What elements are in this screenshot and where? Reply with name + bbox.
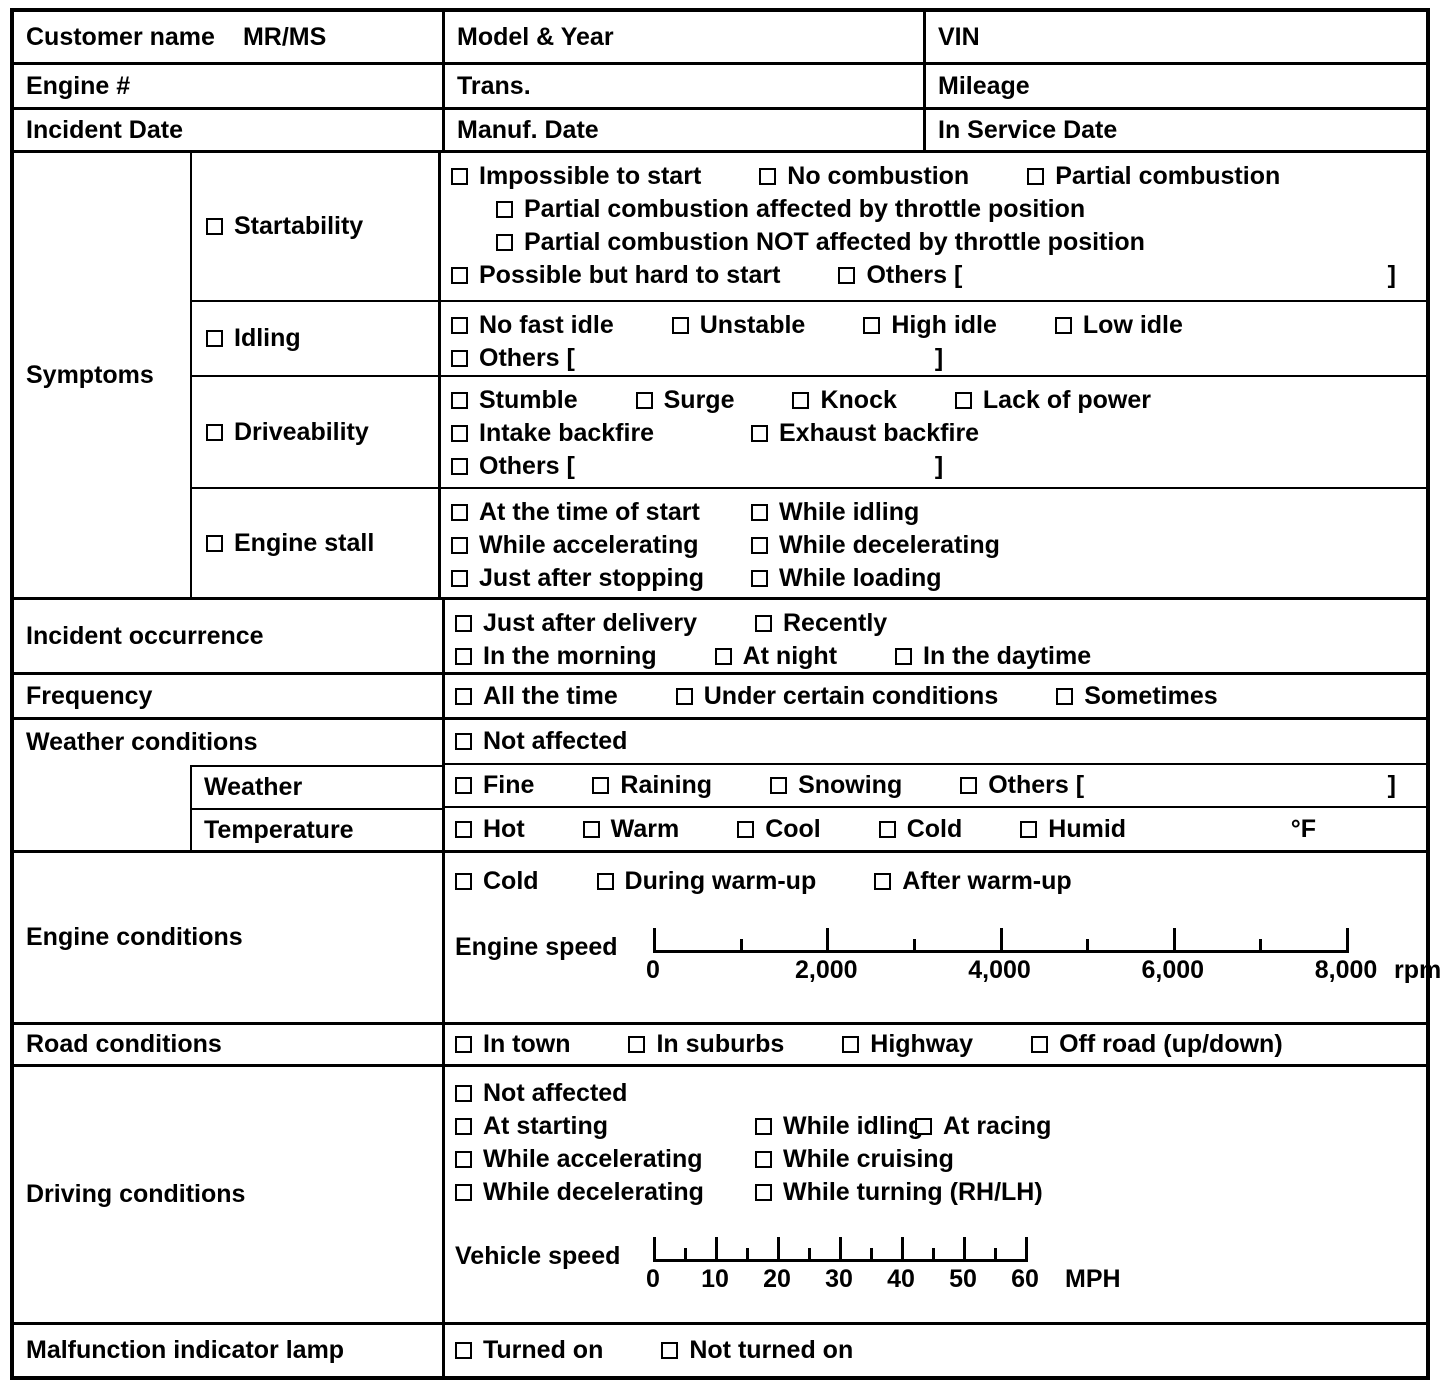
checkbox-option[interactable]: Under certain conditions (676, 682, 998, 711)
driveability-category: Driveability (192, 377, 441, 487)
checkbox-icon[interactable] (455, 733, 472, 750)
checkbox-option[interactable]: Others [ (451, 344, 575, 373)
checkbox-icon[interactable] (451, 392, 468, 409)
checkbox-icon[interactable] (451, 570, 468, 587)
option-line: While decelerating While turning (RH/LH) (455, 1176, 1426, 1209)
customer-name-label: Customer name (26, 23, 215, 52)
option-label: Turned on (483, 1336, 603, 1365)
field-manuf-date[interactable]: Manuf. Date (445, 110, 926, 150)
option-label: Stumble (479, 386, 578, 415)
checkbox-icon[interactable] (451, 317, 468, 334)
incident-occurrence-label-cell: Incident occurrence (14, 600, 445, 672)
checkbox-icon[interactable] (1055, 317, 1072, 334)
axis-tick (826, 928, 829, 953)
engine-conditions-options: Cold During warm-up After warm-up Engine… (445, 853, 1426, 1022)
driveability-checkbox-option[interactable]: Driveability (206, 418, 369, 447)
option-line: In town In suburbs Highway Off road (up/… (455, 1028, 1283, 1061)
field-vin[interactable]: VIN (926, 12, 1426, 62)
field-trans[interactable]: Trans. (445, 65, 926, 107)
option-line: Possible but hard to start Others [ ] (451, 259, 1426, 292)
checkbox-option[interactable]: Unstable (672, 311, 806, 340)
checkbox-option[interactable]: While accelerating (451, 531, 751, 560)
engine-stall-row: Engine stall At the time of start While … (192, 487, 1426, 597)
weather-not-affected-row: Not affected (445, 720, 1426, 765)
fahrenheit-unit: °F (1291, 815, 1316, 844)
checkbox-option[interactable]: At racing (915, 1112, 1051, 1141)
checkbox-option[interactable]: Just after delivery (455, 609, 755, 638)
option-label: Highway (870, 1030, 973, 1059)
header-row-1: Customer name MR/MS Model & Year VIN (14, 12, 1426, 62)
checkbox-icon[interactable] (960, 777, 977, 794)
engine-stall-category: Engine stall (192, 489, 441, 597)
option-label: During warm-up (625, 867, 817, 896)
axis-tick-label: 20 (763, 1265, 791, 1294)
checkbox-option[interactable]: Partial combustion NOT affected by throt… (496, 228, 1145, 257)
checkbox-icon[interactable] (206, 218, 223, 235)
checkbox-icon[interactable] (451, 537, 468, 554)
option-label: Humid (1048, 815, 1126, 844)
checkbox-icon[interactable] (455, 821, 472, 838)
checkbox-icon[interactable] (455, 615, 472, 632)
axis-tick-label: 50 (949, 1265, 977, 1294)
axis-tick (901, 1237, 904, 1262)
checkbox-option[interactable]: Impossible to start (451, 162, 701, 191)
checkbox-option[interactable]: At the time of start (451, 498, 751, 527)
option-label: While decelerating (483, 1178, 704, 1207)
option-label: While decelerating (779, 531, 1000, 560)
axis-tick (913, 939, 916, 953)
startability-row: Startability Impossible to start No comb… (192, 153, 1426, 300)
axis-tick-label: 0 (646, 1265, 660, 1294)
driving-conditions-label: Driving conditions (26, 1180, 245, 1209)
checkbox-icon[interactable] (1020, 821, 1037, 838)
option-line: At the time of start While idling (451, 496, 1426, 529)
axis-tick (839, 1237, 842, 1262)
axis-tick (932, 1248, 935, 1262)
malfunction-lamp-label-cell: Malfunction indicator lamp (14, 1325, 445, 1376)
engine-speed-row: Engine speed 0 2,000 4,000 6,000 (455, 920, 1426, 990)
checkbox-icon[interactable] (842, 1036, 859, 1053)
engine-number-label: Engine # (26, 72, 130, 101)
checkbox-option[interactable]: Others [ (451, 452, 575, 481)
checkbox-option[interactable]: In the daytime (895, 642, 1091, 671)
malfunction-lamp-section: Malfunction indicator lamp Turned on Not… (14, 1322, 1426, 1376)
road-conditions-options: In town In suburbs Highway Off road (up/… (445, 1025, 1426, 1064)
checkbox-icon[interactable] (628, 1036, 645, 1053)
checkbox-icon[interactable] (206, 424, 223, 441)
checkbox-option[interactable]: Partial combustion affected by throttle … (496, 195, 1085, 224)
option-label: Under certain conditions (704, 682, 998, 711)
checkbox-icon[interactable] (672, 317, 689, 334)
option-label: While cruising (783, 1145, 954, 1174)
checkbox-icon[interactable] (583, 821, 600, 838)
checkbox-icon[interactable] (1056, 688, 1073, 705)
checkbox-option[interactable]: While decelerating (455, 1178, 755, 1207)
checkbox-option[interactable]: Not turned on (661, 1336, 853, 1365)
engine-stall-checkbox-option[interactable]: Engine stall (206, 529, 374, 558)
others-close-bracket: ] (935, 344, 943, 373)
checkbox-icon[interactable] (915, 1118, 932, 1135)
checkbox-option[interactable]: During warm-up (597, 867, 817, 896)
vin-label: VIN (938, 23, 980, 52)
checkbox-icon[interactable] (451, 267, 468, 284)
checkbox-option[interactable]: At starting (455, 1112, 755, 1141)
checkbox-icon[interactable] (451, 458, 468, 475)
option-line: Just after stopping While loading (451, 562, 1426, 595)
driving-conditions-section: Driving conditions Not affected At start… (14, 1064, 1426, 1322)
checkbox-icon[interactable] (636, 392, 653, 409)
checkbox-icon[interactable] (751, 504, 768, 521)
checkbox-icon[interactable] (755, 1184, 772, 1201)
option-line: Not affected (455, 1077, 1426, 1110)
checkbox-option[interactable]: Others [ (960, 771, 1084, 800)
startability-options: Impossible to start No combustion Partia… (441, 153, 1426, 300)
header-row-2: Engine # Trans. Mileage (14, 62, 1426, 107)
checkbox-option[interactable]: High idle (863, 311, 997, 340)
option-label: Partial combustion affected by throttle … (524, 195, 1085, 224)
checkbox-option[interactable]: Not affected (455, 727, 627, 756)
option-label: Intake backfire (479, 419, 654, 448)
checkbox-option[interactable]: Cool (737, 815, 821, 844)
axis-tick (715, 1237, 718, 1262)
checkbox-icon[interactable] (455, 1118, 472, 1135)
checkbox-icon[interactable] (451, 168, 468, 185)
option-label: Partial combustion NOT affected by throt… (524, 228, 1145, 257)
trans-label: Trans. (457, 72, 531, 101)
option-label: After warm-up (902, 867, 1071, 896)
axis-tick (740, 939, 743, 953)
axis-tick (1346, 928, 1349, 953)
option-label: All the time (483, 682, 618, 711)
mileage-label: Mileage (938, 72, 1030, 101)
checkbox-option[interactable]: While cruising (755, 1145, 954, 1174)
startability-category: Startability (192, 153, 441, 300)
checkbox-option[interactable]: Stumble (451, 386, 578, 415)
option-line: At starting While idling At racing (455, 1110, 1426, 1143)
axis-tick (1173, 928, 1176, 953)
checkbox-icon[interactable] (755, 1118, 772, 1135)
mr-ms-label: MR/MS (243, 23, 326, 52)
checkbox-icon[interactable] (863, 317, 880, 334)
option-label: Knock (820, 386, 896, 415)
field-customer-name[interactable]: Customer name MR/MS (14, 12, 445, 62)
checkbox-icon[interactable] (597, 873, 614, 890)
axis-tick-label: 60 (1011, 1265, 1039, 1294)
axis-tick (1086, 939, 1089, 953)
others-close-bracket: ] (1388, 261, 1396, 290)
checkbox-option[interactable]: No fast idle (451, 311, 614, 340)
malfunction-lamp-options: Turned on Not turned on (445, 1325, 1426, 1376)
mph-unit-label: MPH (1065, 1265, 1121, 1294)
option-line: Partial combustion NOT affected by throt… (451, 226, 1426, 259)
axis-tick (994, 1248, 997, 1262)
checkbox-option[interactable]: While turning (RH/LH) (755, 1178, 1043, 1207)
option-label: Others [ (866, 261, 962, 290)
option-label: In suburbs (656, 1030, 784, 1059)
checkbox-option[interactable]: While loading (751, 564, 942, 593)
option-line: Impossible to start No combustion Partia… (451, 160, 1426, 193)
option-line: Partial combustion affected by throttle … (451, 193, 1426, 226)
weather-conditions-section: Weather conditions Weather Temperature N… (14, 717, 1426, 850)
option-label: In the morning (483, 642, 657, 671)
checkbox-icon[interactable] (451, 504, 468, 521)
checkbox-option[interactable]: While idling (751, 498, 919, 527)
engine-speed-label: Engine speed (455, 920, 653, 962)
option-label: Not turned on (689, 1336, 853, 1365)
field-mileage[interactable]: Mileage (926, 65, 1426, 107)
checkbox-option[interactable]: No combustion (759, 162, 969, 191)
diagnostic-worksheet-form: Customer name MR/MS Model & Year VIN Eng… (10, 8, 1430, 1380)
road-conditions-section: Road conditions In town In suburbs Highw… (14, 1022, 1426, 1064)
option-label: Sometimes (1084, 682, 1217, 711)
road-conditions-label-cell: Road conditions (14, 1025, 445, 1064)
checkbox-icon[interactable] (455, 873, 472, 890)
option-line: All the time Under certain conditions So… (455, 680, 1218, 713)
checkbox-icon[interactable] (751, 570, 768, 587)
axis-tick-label: 4,000 (968, 956, 1031, 985)
option-label: Others [ (479, 344, 575, 373)
option-label: At night (743, 642, 837, 671)
checkbox-option[interactable]: Snowing (770, 771, 902, 800)
field-model-year[interactable]: Model & Year (445, 12, 926, 62)
checkbox-icon[interactable] (676, 688, 693, 705)
option-label: Not affected (483, 727, 627, 756)
checkbox-icon[interactable] (755, 615, 772, 632)
option-label: At racing (943, 1112, 1051, 1141)
option-label: Idling (234, 324, 301, 353)
checkbox-option[interactable]: Lack of power (955, 386, 1151, 415)
idling-row: Idling No fast idle Unstable High idle L… (192, 300, 1426, 375)
checkbox-icon[interactable] (759, 168, 776, 185)
checkbox-option[interactable]: While decelerating (751, 531, 1000, 560)
checkbox-icon[interactable] (737, 821, 754, 838)
driveability-options: Stumble Surge Knock Lack of power Intake… (441, 377, 1426, 487)
field-incident-date[interactable]: Incident Date (14, 110, 445, 150)
idling-category: Idling (192, 302, 441, 375)
checkbox-option[interactable]: Cold (879, 815, 963, 844)
checkbox-option[interactable]: Cold (455, 867, 539, 896)
checkbox-option[interactable]: Exhaust backfire (751, 419, 979, 448)
others-close-bracket: ] (1388, 771, 1396, 800)
option-label: Driveability (234, 418, 369, 447)
axis-tick-label: 0 (646, 956, 660, 985)
option-line: Others [ ] (451, 342, 1426, 375)
malfunction-lamp-label: Malfunction indicator lamp (26, 1336, 344, 1365)
frequency-options: All the time Under certain conditions So… (445, 675, 1426, 717)
option-line: Turned on Not turned on (455, 1334, 853, 1367)
startability-checkbox-option[interactable]: Startability (206, 212, 363, 241)
checkbox-option[interactable]: Knock (792, 386, 896, 415)
model-year-label: Model & Year (457, 23, 614, 52)
option-line: In the morning At night In the daytime (455, 640, 1426, 673)
in-service-date-label: In Service Date (938, 116, 1117, 145)
option-label: While idling (783, 1112, 923, 1141)
field-engine-number[interactable]: Engine # (14, 65, 445, 107)
option-label: Cold (907, 815, 963, 844)
checkbox-icon[interactable] (496, 201, 513, 218)
weather-options-row: Fine Raining Snowing Others [ ] (445, 765, 1426, 808)
axis-tick-label: 2,000 (795, 956, 858, 985)
checkbox-icon[interactable] (715, 648, 732, 665)
option-line: While accelerating While decelerating (451, 529, 1426, 562)
checkbox-option[interactable]: Fine (455, 771, 534, 800)
others-close-bracket: ] (935, 452, 943, 481)
option-line: Cold During warm-up After warm-up (455, 865, 1426, 898)
checkbox-icon[interactable] (751, 425, 768, 442)
axis-tick (777, 1237, 780, 1262)
checkbox-icon[interactable] (895, 648, 912, 665)
option-label: Just after stopping (479, 564, 704, 593)
checkbox-option[interactable]: Surge (636, 386, 735, 415)
checkbox-option[interactable]: Others [ (838, 261, 962, 290)
incident-date-label: Incident Date (26, 116, 183, 145)
frequency-label-cell: Frequency (14, 675, 445, 717)
axis-tick (808, 1248, 811, 1262)
option-label: Recently (783, 609, 887, 638)
checkbox-option[interactable]: Intake backfire (451, 419, 751, 448)
option-label: Surge (664, 386, 735, 415)
checkbox-icon[interactable] (496, 234, 513, 251)
checkbox-option[interactable]: Low idle (1055, 311, 1183, 340)
axis-tick (653, 928, 656, 953)
option-label: While accelerating (479, 531, 699, 560)
checkbox-option[interactable]: Possible but hard to start (451, 261, 780, 290)
option-label: Partial combustion (1055, 162, 1280, 191)
checkbox-icon[interactable] (1027, 168, 1044, 185)
weather-label: Weather (204, 773, 302, 802)
checkbox-option[interactable]: Off road (up/down) (1031, 1030, 1283, 1059)
driving-conditions-label-cell: Driving conditions (14, 1067, 445, 1322)
vehicle-speed-label: Vehicle speed (455, 1229, 653, 1271)
option-label: High idle (891, 311, 997, 340)
option-label: Exhaust backfire (779, 419, 979, 448)
checkbox-option[interactable]: All the time (455, 682, 618, 711)
field-in-service-date[interactable]: In Service Date (926, 110, 1426, 150)
incident-occurrence-section: Incident occurrence Just after delivery … (14, 597, 1426, 672)
checkbox-option[interactable]: After warm-up (874, 867, 1071, 896)
weather-sub-box: Weather Temperature (190, 765, 445, 850)
axis-tick (746, 1248, 749, 1262)
axis-tick-label: 8,000 (1315, 956, 1378, 985)
checkbox-option[interactable]: Highway (842, 1030, 973, 1059)
option-label: Impossible to start (479, 162, 701, 191)
option-label: In the daytime (923, 642, 1091, 671)
checkbox-option[interactable]: In suburbs (628, 1030, 784, 1059)
checkbox-option[interactable]: While accelerating (455, 1145, 755, 1174)
checkbox-option[interactable]: In the morning (455, 642, 657, 671)
checkbox-icon[interactable] (592, 777, 609, 794)
checkbox-icon[interactable] (661, 1342, 678, 1359)
checkbox-icon[interactable] (455, 1036, 472, 1053)
option-label: At starting (483, 1112, 608, 1141)
temperature-label: Temperature (204, 816, 354, 845)
checkbox-option[interactable]: Recently (755, 609, 887, 638)
driveability-row: Driveability Stumble Surge Knock Lack of… (192, 375, 1426, 487)
checkbox-icon[interactable] (792, 392, 809, 409)
weather-conditions-right: Not affected Fine Raining Snowing Others… (445, 720, 1426, 850)
checkbox-icon[interactable] (874, 873, 891, 890)
checkbox-icon[interactable] (751, 537, 768, 554)
engine-speed-scale[interactable]: 0 2,000 4,000 6,000 8,000 rpm (653, 920, 1346, 990)
vehicle-speed-scale[interactable]: 0 10 20 30 40 50 60 MPH (653, 1229, 1025, 1299)
option-label: Others [ (479, 452, 575, 481)
option-label: While loading (779, 564, 942, 593)
checkbox-icon[interactable] (955, 392, 972, 409)
checkbox-option[interactable]: Sometimes (1056, 682, 1217, 711)
idling-options: No fast idle Unstable High idle Low idle… (441, 302, 1426, 375)
checkbox-icon[interactable] (455, 688, 472, 705)
frequency-label: Frequency (26, 682, 152, 711)
option-label: While turning (RH/LH) (783, 1178, 1043, 1207)
option-label: In town (483, 1030, 570, 1059)
checkbox-option[interactable]: Just after stopping (451, 564, 751, 593)
axis-tick (1025, 1237, 1028, 1262)
incident-occurrence-label: Incident occurrence (26, 622, 264, 651)
option-label: Warm (611, 815, 680, 844)
checkbox-icon[interactable] (455, 1184, 472, 1201)
option-line: Others [ ] (451, 450, 1426, 483)
checkbox-icon[interactable] (455, 648, 472, 665)
option-label: No combustion (787, 162, 969, 191)
checkbox-option[interactable]: Humid (1020, 815, 1126, 844)
option-label: While accelerating (483, 1145, 703, 1174)
checkbox-icon[interactable] (206, 535, 223, 552)
checkbox-option[interactable]: At night (715, 642, 837, 671)
option-line: No fast idle Unstable High idle Low idle (451, 309, 1426, 342)
checkbox-icon[interactable] (879, 821, 896, 838)
idling-checkbox-option[interactable]: Idling (206, 324, 301, 353)
checkbox-icon[interactable] (206, 330, 223, 347)
option-label: Fine (483, 771, 534, 800)
option-label: Not affected (483, 1079, 627, 1108)
option-label: Cool (765, 815, 821, 844)
temperature-options-row: Hot Warm Cool Cold Humid °F (445, 808, 1426, 850)
checkbox-icon[interactable] (838, 267, 855, 284)
checkbox-option[interactable]: Hot (455, 815, 525, 844)
checkbox-icon[interactable] (770, 777, 787, 794)
checkbox-icon[interactable] (451, 425, 468, 442)
axis-tick (1000, 928, 1003, 953)
checkbox-option[interactable]: Warm (583, 815, 680, 844)
checkbox-option[interactable]: Partial combustion (1027, 162, 1280, 191)
road-conditions-label: Road conditions (26, 1030, 222, 1059)
checkbox-option[interactable]: In town (455, 1030, 570, 1059)
driving-conditions-options: Not affected At starting While idling At… (445, 1067, 1426, 1322)
checkbox-icon[interactable] (455, 1342, 472, 1359)
checkbox-icon[interactable] (451, 350, 468, 367)
option-label: Possible but hard to start (479, 261, 780, 290)
checkbox-icon[interactable] (455, 1151, 472, 1168)
checkbox-icon[interactable] (755, 1151, 772, 1168)
checkbox-option[interactable]: Turned on (455, 1336, 603, 1365)
engine-conditions-section: Engine conditions Cold During warm-up Af… (14, 850, 1426, 1022)
checkbox-option[interactable]: Not affected (455, 1079, 627, 1108)
checkbox-icon[interactable] (455, 1085, 472, 1102)
checkbox-option[interactable]: Raining (592, 771, 712, 800)
option-label: Others [ (988, 771, 1084, 800)
option-label: Off road (up/down) (1059, 1030, 1283, 1059)
checkbox-option[interactable]: While idling (755, 1112, 915, 1141)
option-line: Intake backfire Exhaust backfire (451, 417, 1426, 450)
option-label: Engine stall (234, 529, 374, 558)
weather-conditions-left: Weather conditions Weather Temperature (14, 720, 445, 850)
engine-stall-options: At the time of start While idling While … (441, 489, 1426, 597)
checkbox-icon[interactable] (1031, 1036, 1048, 1053)
option-line: While accelerating While cruising (455, 1143, 1426, 1176)
checkbox-icon[interactable] (455, 777, 472, 794)
rpm-unit-label: rpm (1394, 956, 1440, 985)
frequency-section: Frequency All the time Under certain con… (14, 672, 1426, 717)
